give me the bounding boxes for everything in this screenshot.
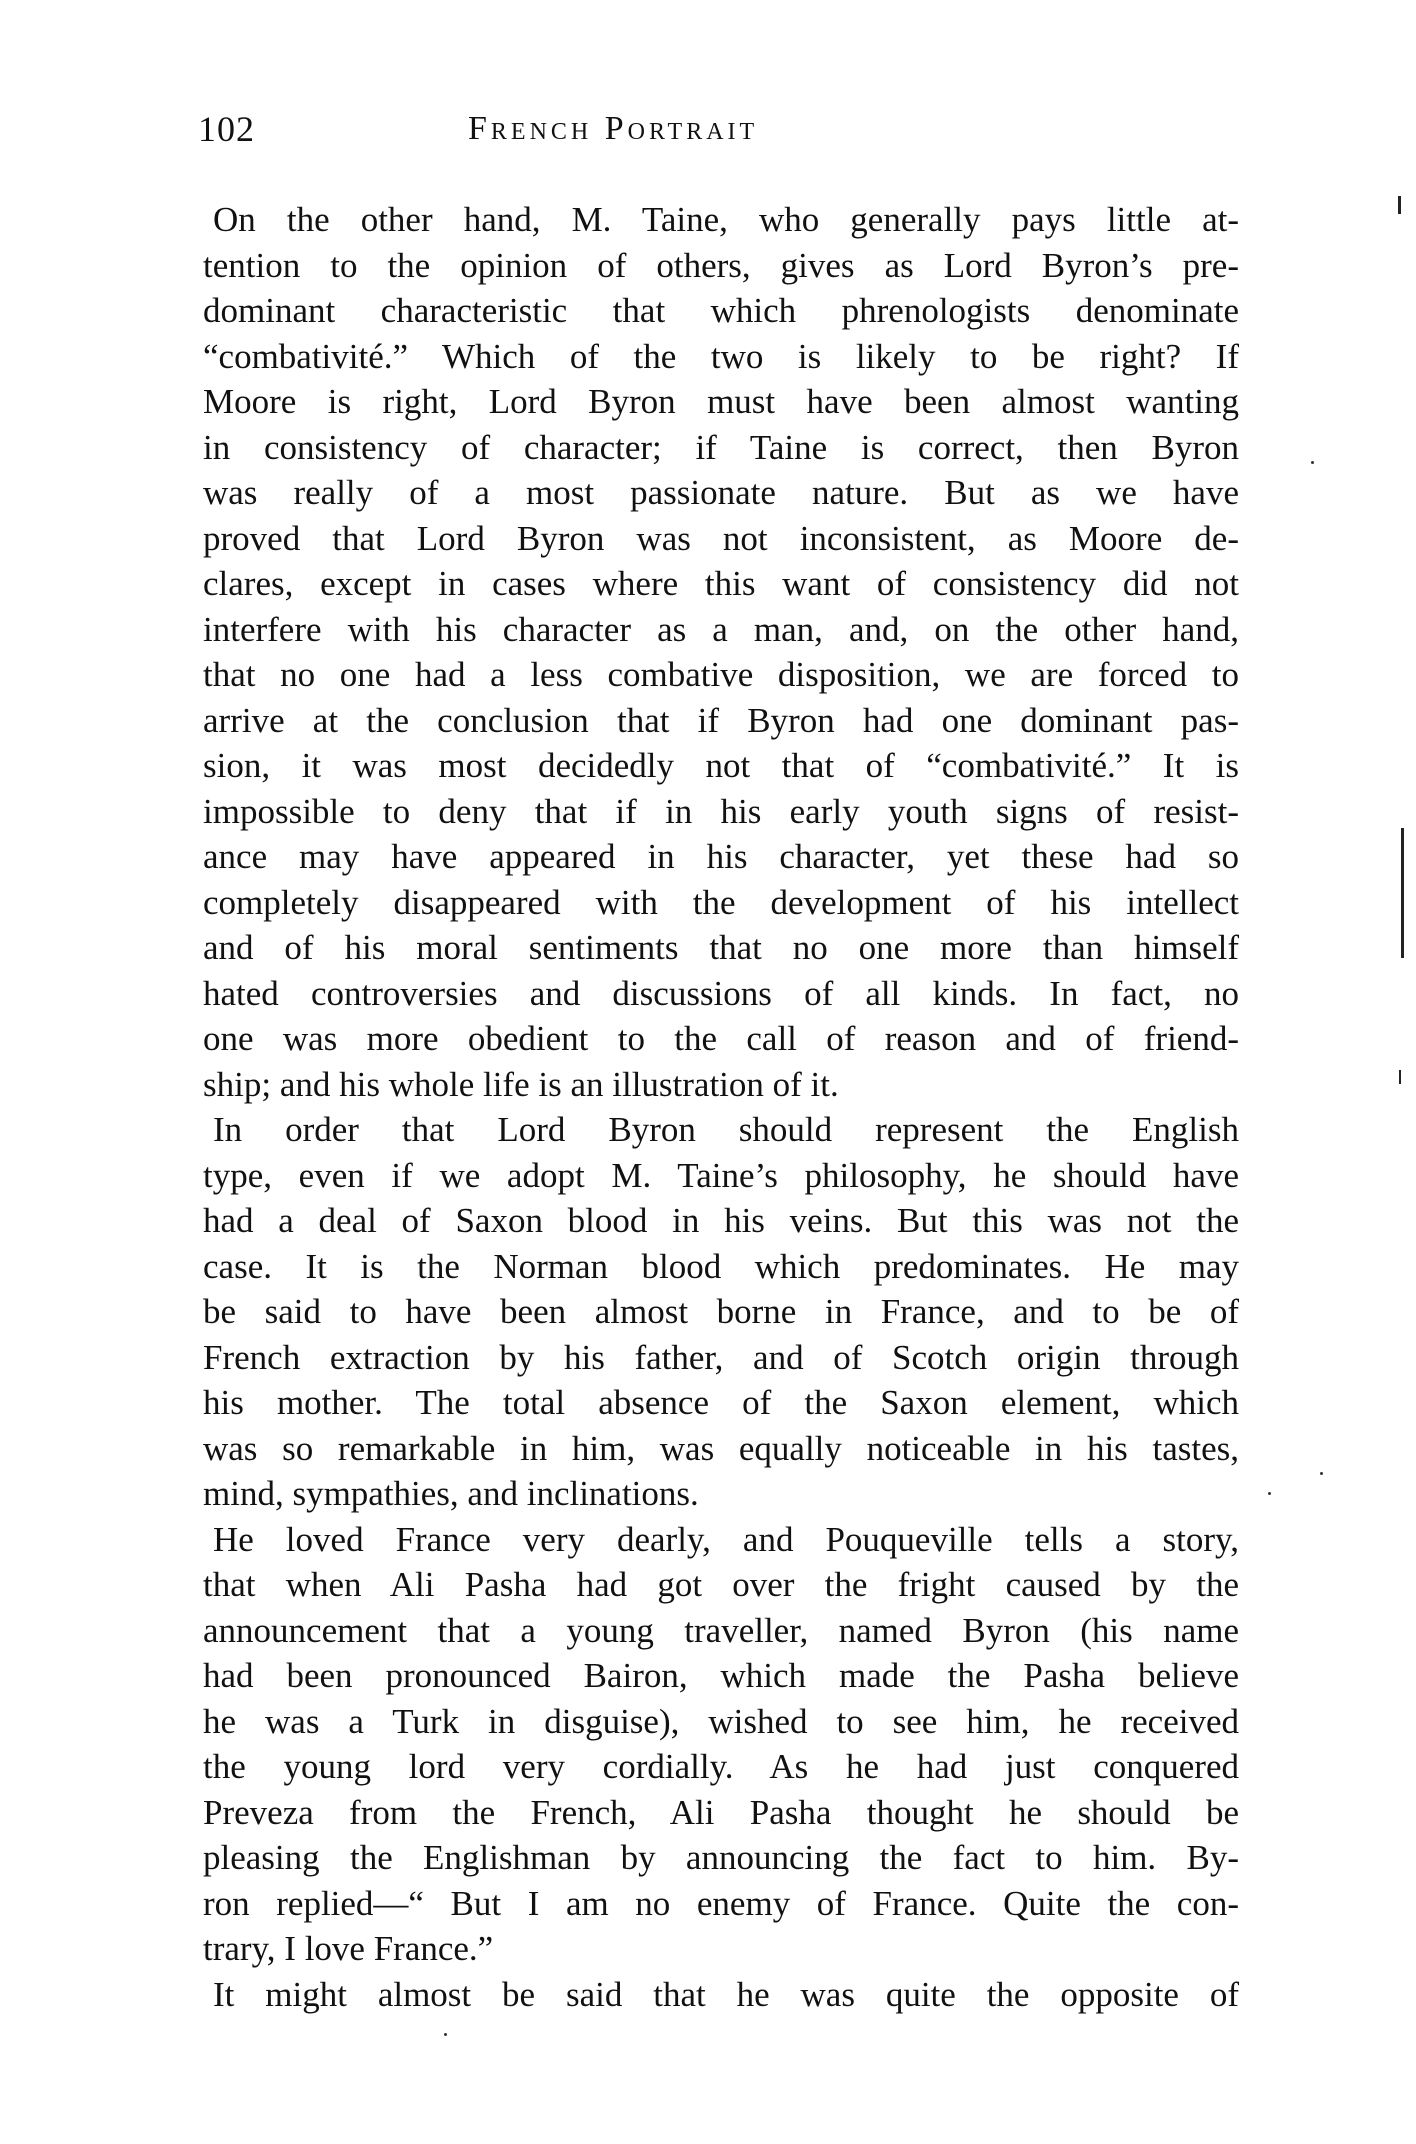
text-line: and of his moral sentiments that no one … xyxy=(203,925,1239,971)
text-line: interfere with his character as a man, a… xyxy=(203,607,1239,653)
paragraph: It might almost be said that he was quit… xyxy=(203,1972,1239,2018)
scan-artifact-speck xyxy=(1311,461,1314,464)
scan-artifact-mark xyxy=(1398,196,1401,214)
scan-artifact-mark xyxy=(1401,828,1404,958)
text-line: in consistency of character; if Taine is… xyxy=(203,425,1239,471)
text-line: It might almost be said that he was quit… xyxy=(203,1972,1239,2018)
running-title: French Portrait xyxy=(468,110,758,148)
text-line: sion, it was most decidedly not that of … xyxy=(203,743,1239,789)
text-line: pleasing the Englishman by announcing th… xyxy=(203,1835,1239,1881)
text-line: He loved France very dearly, and Pouquev… xyxy=(203,1517,1239,1563)
text-line: ance may have appeared in his character,… xyxy=(203,834,1239,880)
text-line: mind, sympathies, and inclinations. xyxy=(203,1471,1239,1517)
text-line: his mother. The total absence of the Sax… xyxy=(203,1380,1239,1426)
text-line: Moore is right, Lord Byron must have bee… xyxy=(203,379,1239,425)
text-line: had been pronounced Bairon, which made t… xyxy=(203,1653,1239,1699)
text-line: be said to have been almost borne in Fra… xyxy=(203,1289,1239,1335)
text-line: ship; and his whole life is an illustrat… xyxy=(203,1062,1239,1108)
text-line: ron replied—“ But I am no enemy of Franc… xyxy=(203,1881,1239,1927)
text-line: he was a Turk in disguise), wished to se… xyxy=(203,1699,1239,1745)
paragraph: In order that Lord Byron should represen… xyxy=(203,1107,1239,1517)
text-line: “combativité.” Which of the two is likel… xyxy=(203,334,1239,380)
text-line: French extraction by his father, and of … xyxy=(203,1335,1239,1381)
text-line: the young lord very cordially. As he had… xyxy=(203,1744,1239,1790)
text-line: that no one had a less combative disposi… xyxy=(203,652,1239,698)
text-line: that when Ali Pasha had got over the fri… xyxy=(203,1562,1239,1608)
text-line: Preveza from the French, Ali Pasha thoug… xyxy=(203,1790,1239,1836)
scan-artifact-mark xyxy=(1399,1070,1401,1084)
text-line: tention to the opinion of others, gives … xyxy=(203,243,1239,289)
scan-artifact-speck xyxy=(1320,1472,1323,1475)
text-line: announcement that a young traveller, nam… xyxy=(203,1608,1239,1654)
text-line: was so remarkable in him, was equally no… xyxy=(203,1426,1239,1472)
text-line: dominant characteristic that which phren… xyxy=(203,288,1239,334)
text-line: On the other hand, M. Taine, who general… xyxy=(203,197,1239,243)
paragraph: He loved France very dearly, and Pouquev… xyxy=(203,1517,1239,1972)
text-line: was really of a most passionate nature. … xyxy=(203,470,1239,516)
text-line: trary, I love France.” xyxy=(203,1926,1239,1972)
scan-artifact-speck xyxy=(1268,1492,1271,1495)
text-line: clares, except in cases where this want … xyxy=(203,561,1239,607)
text-line: case. It is the Norman blood which predo… xyxy=(203,1244,1239,1290)
body-text: On the other hand, M. Taine, who general… xyxy=(203,197,1239,2017)
book-page: 102 French Portrait On the other hand, M… xyxy=(0,0,1416,2144)
text-line: hated controversies and discussions of a… xyxy=(203,971,1239,1017)
text-line: In order that Lord Byron should represen… xyxy=(203,1107,1239,1153)
text-line: proved that Lord Byron was not inconsist… xyxy=(203,516,1239,562)
text-line: had a deal of Saxon blood in his veins. … xyxy=(203,1198,1239,1244)
text-line: arrive at the conclusion that if Byron h… xyxy=(203,698,1239,744)
text-line: impossible to deny that if in his early … xyxy=(203,789,1239,835)
paragraph: On the other hand, M. Taine, who general… xyxy=(203,197,1239,1107)
page-number: 102 xyxy=(198,108,255,150)
running-head: 102 French Portrait xyxy=(198,108,1248,158)
text-line: completely disappeared with the developm… xyxy=(203,880,1239,926)
scan-artifact-speck xyxy=(444,2033,447,2036)
text-line: one was more obedient to the call of rea… xyxy=(203,1016,1239,1062)
text-line: type, even if we adopt M. Taine’s philos… xyxy=(203,1153,1239,1199)
